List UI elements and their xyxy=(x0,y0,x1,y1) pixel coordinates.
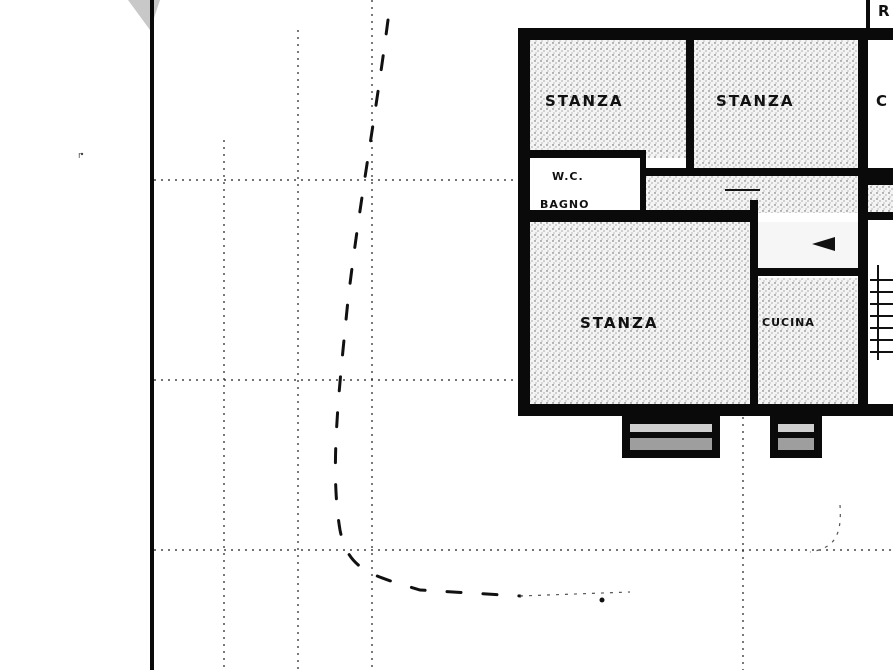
balconies xyxy=(622,414,822,458)
room-label-stanza: STANZA xyxy=(580,314,659,332)
room-label-cucina: CUCINA xyxy=(762,316,815,329)
top-right-fragment: R xyxy=(878,2,892,20)
room-label-bagno: BAGNO xyxy=(540,198,589,211)
survey-point xyxy=(600,598,605,603)
floor-plan-drawing: r xyxy=(0,0,893,670)
room-label-stanza: STANZA xyxy=(545,92,624,110)
paper-fold-shadow xyxy=(128,0,160,30)
sheet-border-left xyxy=(150,0,154,670)
stray-mark: r xyxy=(78,151,82,161)
room-label-stanza: STANZA xyxy=(716,92,795,110)
room-label-c: C xyxy=(876,92,889,110)
boundary-curve xyxy=(335,20,520,596)
room-label-wc: W.C. xyxy=(552,170,584,183)
